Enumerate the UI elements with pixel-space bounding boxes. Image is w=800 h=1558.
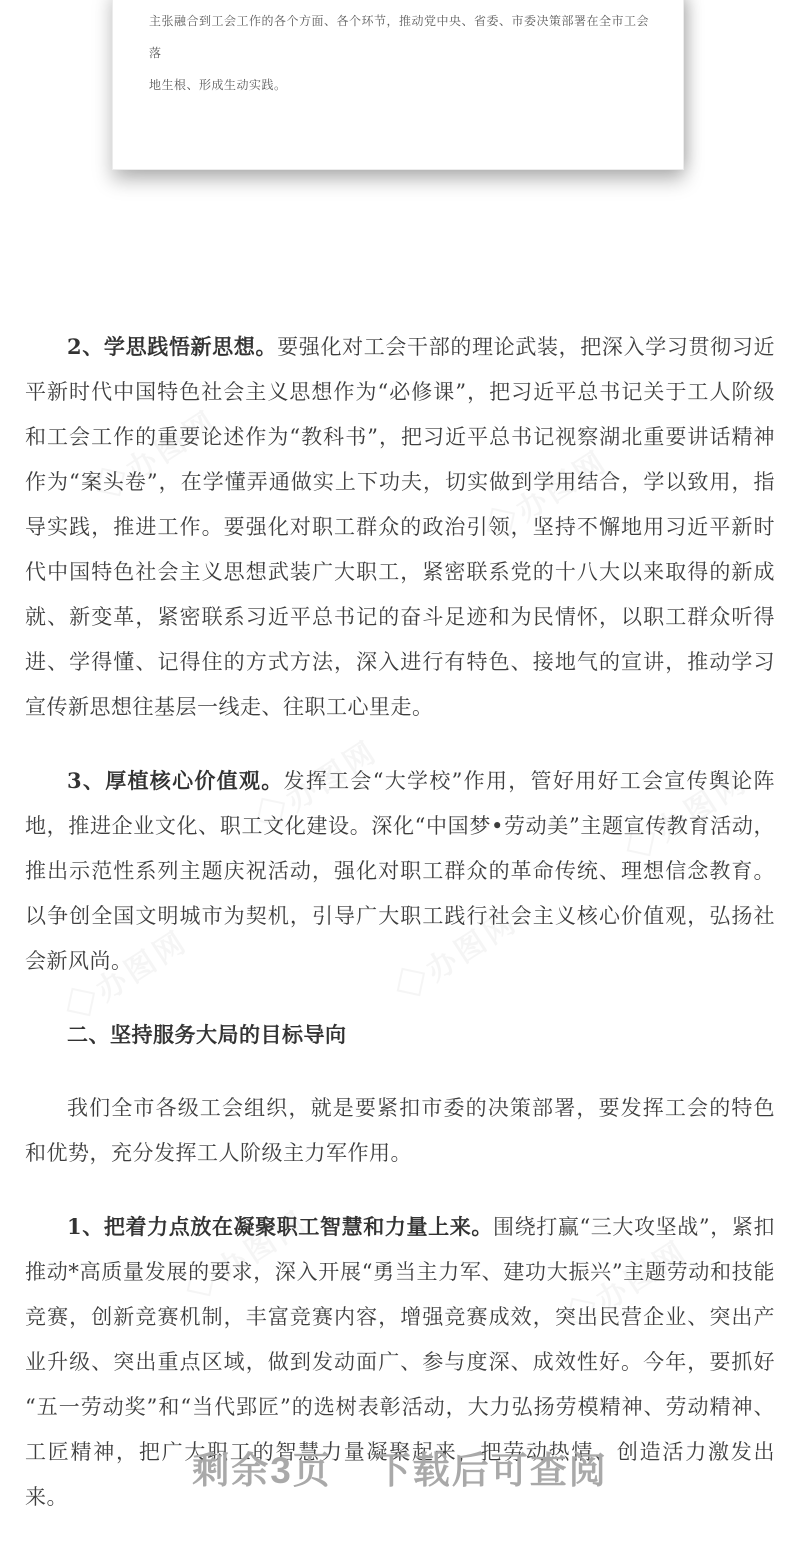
- paragraph-text: 发挥工会“大学校”作用，管好用好工会宣传舆论阵地，推进企业文化、职工文化建设。深…: [25, 769, 775, 973]
- previous-page-preview: 主张融合到工会工作的各个方面、各个环节，推动党中央、省委、市委决策部署在全市工会…: [112, 0, 684, 170]
- document-page: 2、学思践悟新思想。要强化对工会干部的理论武装，把深入学习贯彻习近平新时代中国特…: [25, 324, 775, 1548]
- paragraph-lead: 1、把着力点放在凝聚职工智慧和力量上来。: [67, 1214, 493, 1239]
- preview-line: 地生根、形成生动实践。: [149, 69, 653, 101]
- paragraph-lead: 2、学思践悟新思想。: [67, 334, 277, 359]
- download-hint: 下载后可查阅: [374, 1450, 608, 1491]
- paragraph-lead: 3、厚植核心价值观。: [67, 768, 284, 793]
- paragraph-text: 要强化对工会干部的理论武装，把深入学习贯彻习近平新时代中国特色社会主义思想作为“…: [25, 335, 775, 719]
- section-heading: 二、坚持服务大局的目标导向: [25, 1012, 775, 1058]
- remaining-pages-banner: 剩余3页下载后可查阅: [0, 1440, 800, 1494]
- paragraph-text: 我们全市各级工会组织，就是要紧扣市委的决策部署，要发挥工会的特色和优势，充分发挥…: [25, 1096, 775, 1165]
- section-heading-text: 二、坚持服务大局的目标导向: [67, 1022, 347, 1047]
- paragraph: 3、厚植核心价值观。发挥工会“大学校”作用，管好用好工会宣传舆论阵地，推进企业文…: [25, 758, 775, 984]
- paragraph: 2、学思践悟新思想。要强化对工会干部的理论武装，把深入学习贯彻习近平新时代中国特…: [25, 324, 775, 730]
- paragraph: 我们全市各级工会组织，就是要紧扣市委的决策部署，要发挥工会的特色和优势，充分发挥…: [25, 1086, 775, 1176]
- remaining-pages-count: 剩余3页: [192, 1450, 332, 1491]
- preview-line: 主张融合到工会工作的各个方面、各个环节，推动党中央、省委、市委决策部署在全市工会…: [149, 5, 653, 69]
